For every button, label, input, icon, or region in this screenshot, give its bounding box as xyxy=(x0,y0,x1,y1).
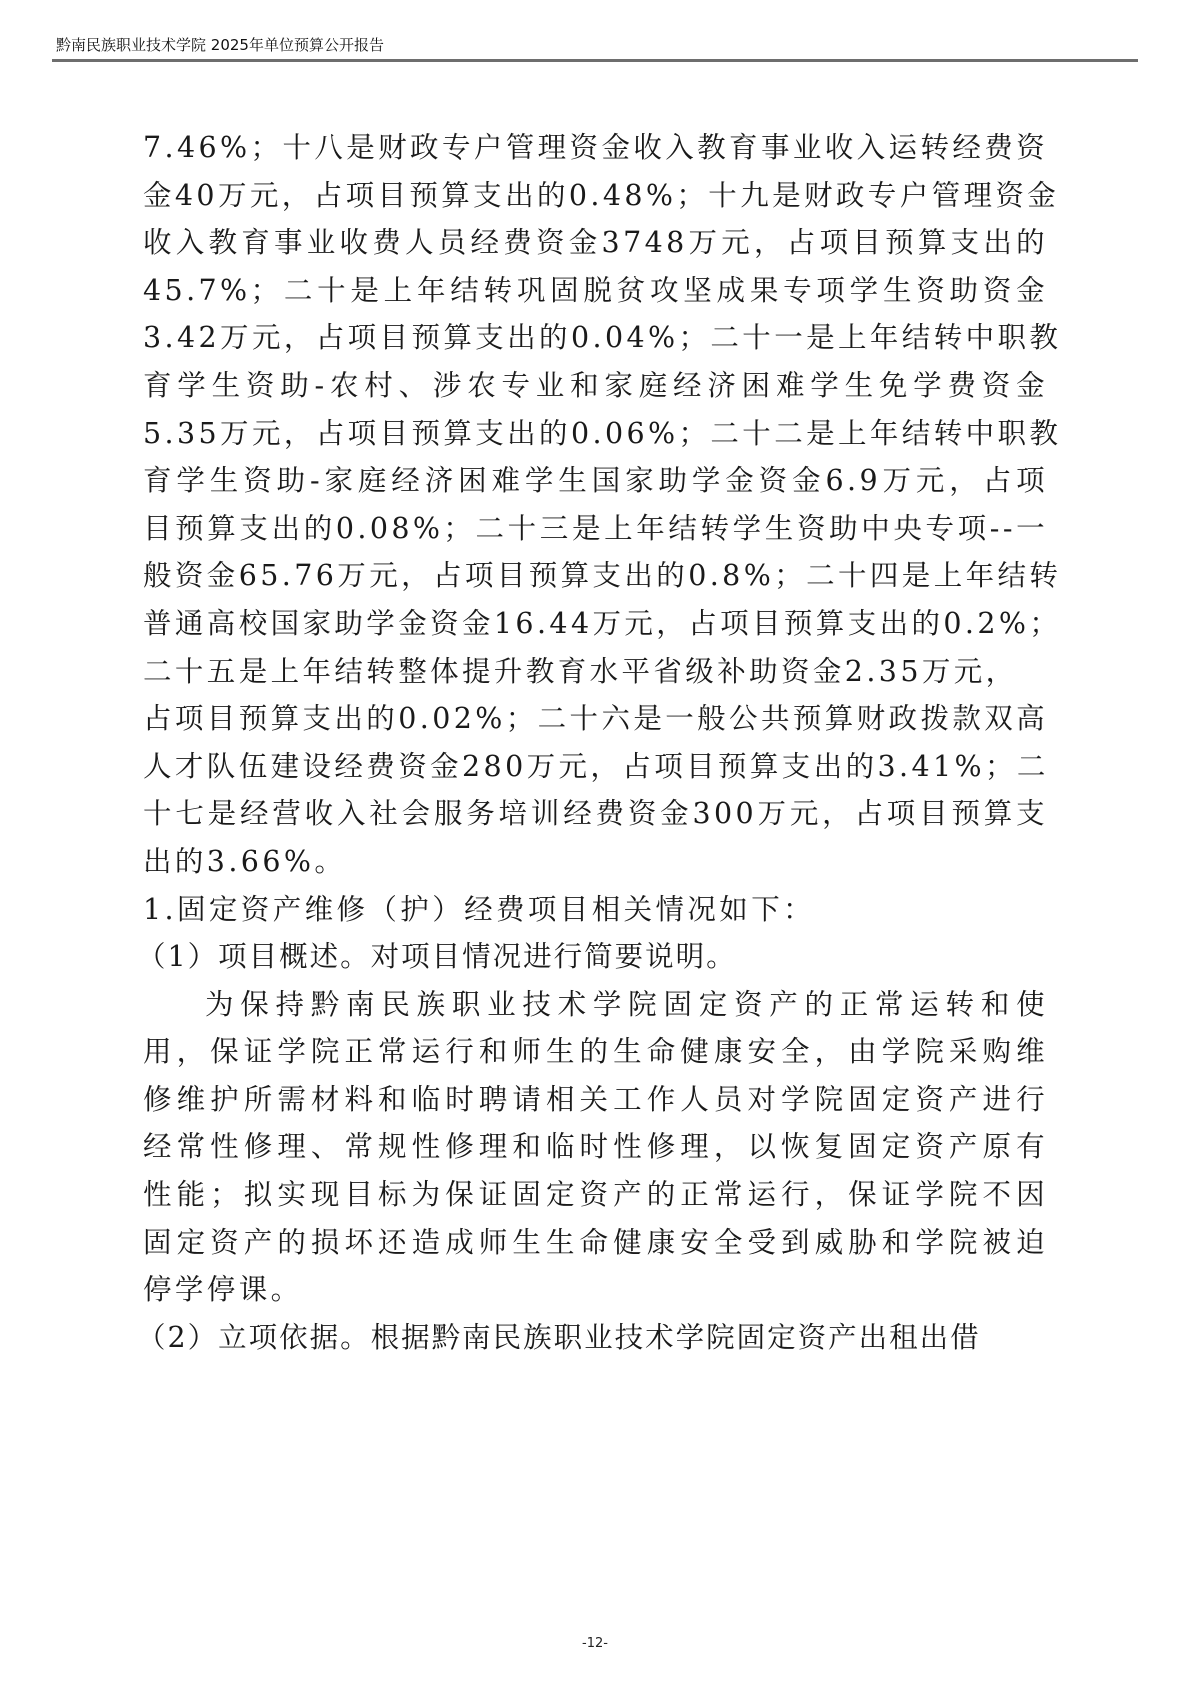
body-line: 性能；拟实现目标为保证固定资产的正常运行，保证学院不因 xyxy=(143,1171,1048,1219)
body-line: 出的3.66%。 xyxy=(143,838,1048,886)
body-line: 为保持黔南民族职业技术学院固定资产的正常运转和使 xyxy=(143,981,1048,1029)
page-number: -12- xyxy=(0,1636,1190,1651)
body-line: 收入教育事业收费人员经费资金3748万元，占项目预算支出的 xyxy=(143,219,1048,267)
header-divider xyxy=(52,59,1138,62)
body-line: 人才队伍建设经费资金280万元，占项目预算支出的3.41%；二 xyxy=(143,743,1048,791)
document-header-title: 黔南民族职业技术学院 2025年单位预算公开报告 xyxy=(56,34,384,55)
subsection-heading: （2）立项依据。根据黔南民族职业技术学院固定资产出租出借 xyxy=(137,1314,1048,1362)
body-line: 普通高校国家助学金资金16.44万元，占项目预算支出的0.2%； xyxy=(143,600,1048,648)
section-heading: 1.固定资产维修（护）经费项目相关情况如下： xyxy=(143,886,1048,934)
body-line: 二十五是上年结转整体提升教育水平省级补助资金2.35万元， xyxy=(143,648,1048,696)
document-body: 7.46%；十八是财政专户管理资金收入教育事业收入运转经费资 金40万元，占项目… xyxy=(143,124,1048,1361)
body-line: 占项目预算支出的0.02%；二十六是一般公共预算财政拨款双高 xyxy=(143,695,1048,743)
body-line: 经常性修理、常规性修理和临时性修理，以恢复固定资产原有 xyxy=(143,1123,1048,1171)
body-line: 停学停课。 xyxy=(143,1266,1048,1314)
body-line: 7.46%；十八是财政专户管理资金收入教育事业收入运转经费资 xyxy=(143,124,1048,172)
body-line: 目预算支出的0.08%；二十三是上年结转学生资助中央专项--一 xyxy=(143,505,1048,553)
body-line: 育学生资助-家庭经济困难学生国家助学金资金6.9万元，占项 xyxy=(143,457,1048,505)
body-line: 用，保证学院正常运行和师生的生命健康安全，由学院采购维 xyxy=(143,1028,1048,1076)
body-line: 育学生资助-农村、涉农专业和家庭经济困难学生免学费资金 xyxy=(143,362,1048,410)
body-line: 般资金65.76万元，占项目预算支出的0.8%；二十四是上年结转 xyxy=(143,552,1048,600)
body-line: 5.35万元，占项目预算支出的0.06%；二十二是上年结转中职教 xyxy=(143,410,1048,458)
body-line: 金40万元，占项目预算支出的0.48%；十九是财政专户管理资金 xyxy=(143,172,1048,220)
body-line: 修维护所需材料和临时聘请相关工作人员对学院固定资产进行 xyxy=(143,1076,1048,1124)
body-line: 固定资产的损坏还造成师生生命健康安全受到威胁和学院被迫 xyxy=(143,1219,1048,1267)
body-line: 十七是经营收入社会服务培训经费资金300万元，占项目预算支 xyxy=(143,790,1048,838)
body-line: 3.42万元，占项目预算支出的0.04%；二十一是上年结转中职教 xyxy=(143,314,1048,362)
body-line: 45.7%；二十是上年结转巩固脱贫攻坚成果专项学生资助资金 xyxy=(143,267,1048,315)
subsection-heading: （1）项目概述。对项目情况进行简要说明。 xyxy=(137,933,1048,981)
